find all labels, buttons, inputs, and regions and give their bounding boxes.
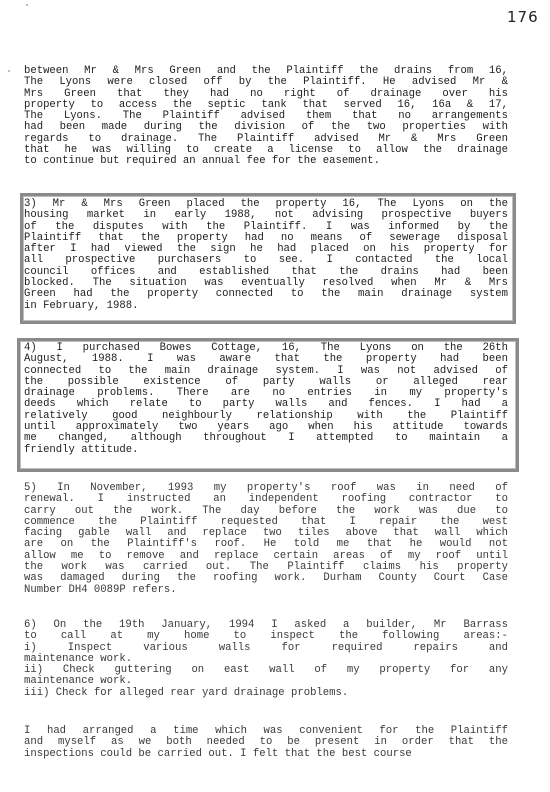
text-line: iii) Check for alleged rear yard drainag… [24,688,508,699]
paragraph-continuation: between Mr & Mrs Green and the Plaintiff… [24,66,508,168]
paragraph-5: 5) In November, 1993 my property's roof … [24,483,508,596]
text-line: August, 1988. I was aware that the prope… [24,354,508,365]
text-line: to continue but required an annual fee f… [24,156,508,167]
text-line: The Lyons were closed off by the Plainti… [24,77,508,88]
text-line: friendly attitude. [24,445,508,456]
text-line: inspections could be carried out. I felt… [24,749,508,760]
text-line: and myself as we both needed to be prese… [24,737,508,748]
page-number: 176 [507,8,539,26]
scan-speck [26,4,28,6]
text-line: me changed, although throughout I attemp… [24,433,508,444]
text-line: in February, 1988. [24,301,508,312]
text-line: to call at my home to inspect the follow… [24,631,508,642]
paragraph-4: 4) I purchased Bowes Cottage, 16, The Ly… [24,343,508,456]
text-line: Number DH4 0089P refers. [24,585,508,596]
paragraph-6: 6) On the 19th January, 1994 I asked a b… [24,620,508,699]
text-line: was damaged during the roofing work. Dur… [24,573,508,584]
paragraph-3: 3) Mr & Mrs Green placed the property 16… [24,199,508,312]
text-line: Green had the property connected to the … [24,289,508,300]
scan-speck [8,70,10,72]
text-line: housing market in early 1988, not advisi… [24,210,508,221]
text-line: renewal. I instructed an independent roo… [24,494,508,505]
paragraph-7: I had arranged a time which was convenie… [24,726,508,760]
